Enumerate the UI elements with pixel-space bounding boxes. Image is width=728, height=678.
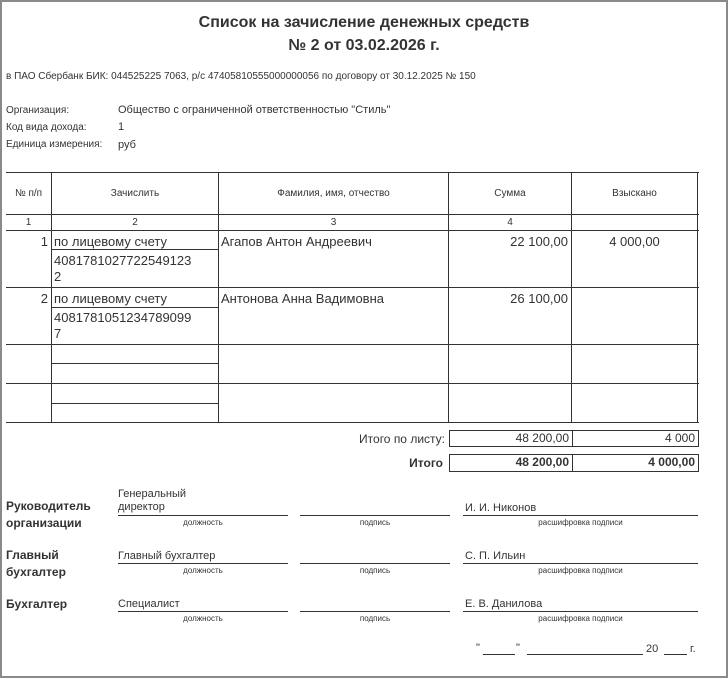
table-border xyxy=(51,307,218,308)
signature-caption: подпись xyxy=(300,614,450,623)
table-border xyxy=(51,363,218,364)
sheet-total-withheld: 4 000 xyxy=(572,430,699,447)
position-line: Генеральный xyxy=(118,488,186,501)
position-caption: должность xyxy=(118,566,288,575)
document-page: Список на зачисление денежных средств № … xyxy=(0,0,728,678)
date-year-suffix: г. xyxy=(690,643,696,655)
decode-caption: расшифровка подписи xyxy=(463,614,698,623)
row-full-name: Антонова Анна Вадимовна xyxy=(221,291,384,306)
signature-caption: подпись xyxy=(300,566,450,575)
info-value-income-code: 1 xyxy=(118,121,124,133)
info-label-unit: Единица измерения: xyxy=(6,139,102,150)
decode-caption: расшифровка подписи xyxy=(463,566,698,575)
column-number: 2 xyxy=(52,215,218,230)
column-number xyxy=(572,215,697,230)
document-subtitle: № 2 от 03.02.2026 г. xyxy=(2,37,726,55)
row-credit-method: по лицевому счету xyxy=(54,234,167,249)
row-account-number: 4081781027722549123 xyxy=(54,253,191,268)
header-credit: Зачислить xyxy=(52,173,218,214)
role-line: Руководитель xyxy=(6,498,91,515)
row-withheld: 4 000,00 xyxy=(572,234,697,249)
role-label: Бухгалтер xyxy=(6,596,67,613)
grand-total-amount: 48 200,00 xyxy=(449,454,573,472)
info-label-organization: Организация: xyxy=(6,105,69,116)
row-credit-method: по лицевому счету xyxy=(54,291,167,306)
position-value: Специалист xyxy=(118,598,180,611)
row-account-number-cont: 7 xyxy=(54,326,61,341)
header-withheld: Взыскано xyxy=(572,173,697,214)
bank-line: в ПАО Сбербанк БИК: 044525225 7063, р/с … xyxy=(6,71,476,82)
date-quote-open: " xyxy=(476,642,480,654)
date-year-prefix: 20 xyxy=(646,643,658,655)
table-border xyxy=(6,230,699,231)
table-border xyxy=(6,344,699,345)
table-border xyxy=(6,287,699,288)
position-caption: должность xyxy=(118,518,288,527)
row-amount: 26 100,00 xyxy=(449,291,568,306)
position-underline xyxy=(118,515,288,516)
position-underline xyxy=(118,611,288,612)
decode-underline xyxy=(463,611,698,612)
signature-underline xyxy=(300,611,450,612)
role-label: Главный бухгалтер xyxy=(6,547,66,581)
sheet-total-amount: 48 200,00 xyxy=(449,430,573,447)
table-border xyxy=(6,383,699,384)
date-year-blank xyxy=(664,654,687,655)
signature-underline xyxy=(300,515,450,516)
role-label: Руководитель организации xyxy=(6,498,91,532)
position-underline xyxy=(118,563,288,564)
info-value-unit: руб xyxy=(118,139,136,151)
decode-value: С. П. Ильин xyxy=(465,550,525,563)
table-border xyxy=(697,172,698,422)
row-full-name: Агапов Антон Андреевич xyxy=(221,234,372,249)
decode-underline xyxy=(463,515,698,516)
position-line: директор xyxy=(118,501,186,514)
grand-total-label: Итого xyxy=(332,456,443,470)
header-number: № п/п xyxy=(6,173,51,214)
document-title: Список на зачисление денежных средств xyxy=(2,14,726,32)
column-number: 4 xyxy=(449,215,571,230)
decode-underline xyxy=(463,563,698,564)
column-number: 3 xyxy=(219,215,448,230)
row-amount: 22 100,00 xyxy=(449,234,568,249)
date-quote-close: " xyxy=(516,642,520,654)
signature-caption: подпись xyxy=(300,518,450,527)
date-month-blank xyxy=(527,654,643,655)
decode-caption: расшифровка подписи xyxy=(463,518,698,527)
header-full-name: Фамилия, имя, отчество xyxy=(219,173,448,214)
table-border xyxy=(6,422,699,423)
info-label-income-code: Код вида дохода: xyxy=(6,122,87,133)
info-value-organization: Общество с ограниченной ответственностью… xyxy=(118,104,390,116)
signature-underline xyxy=(300,563,450,564)
role-line: организации xyxy=(6,515,91,532)
row-account-number-cont: 2 xyxy=(54,269,61,284)
decode-value: И. И. Никонов xyxy=(465,502,536,515)
column-number: 1 xyxy=(6,215,51,230)
sheet-total-label: Итого по листу: xyxy=(332,432,445,446)
role-line: бухгалтер xyxy=(6,564,66,581)
table-border xyxy=(51,249,218,250)
decode-value: Е. В. Данилова xyxy=(465,598,542,611)
position-value: Главный бухгалтер xyxy=(118,550,215,563)
table-border xyxy=(51,403,218,404)
row-account-number: 4081781051234789099 xyxy=(54,310,191,325)
header-amount: Сумма xyxy=(449,173,571,214)
role-line: Главный xyxy=(6,547,66,564)
grand-total-withheld: 4 000,00 xyxy=(572,454,699,472)
date-day-blank xyxy=(483,654,515,655)
row-number: 1 xyxy=(6,234,48,249)
position-caption: должность xyxy=(118,614,288,623)
row-number: 2 xyxy=(6,291,48,306)
position-value: Генеральный директор xyxy=(118,488,186,514)
